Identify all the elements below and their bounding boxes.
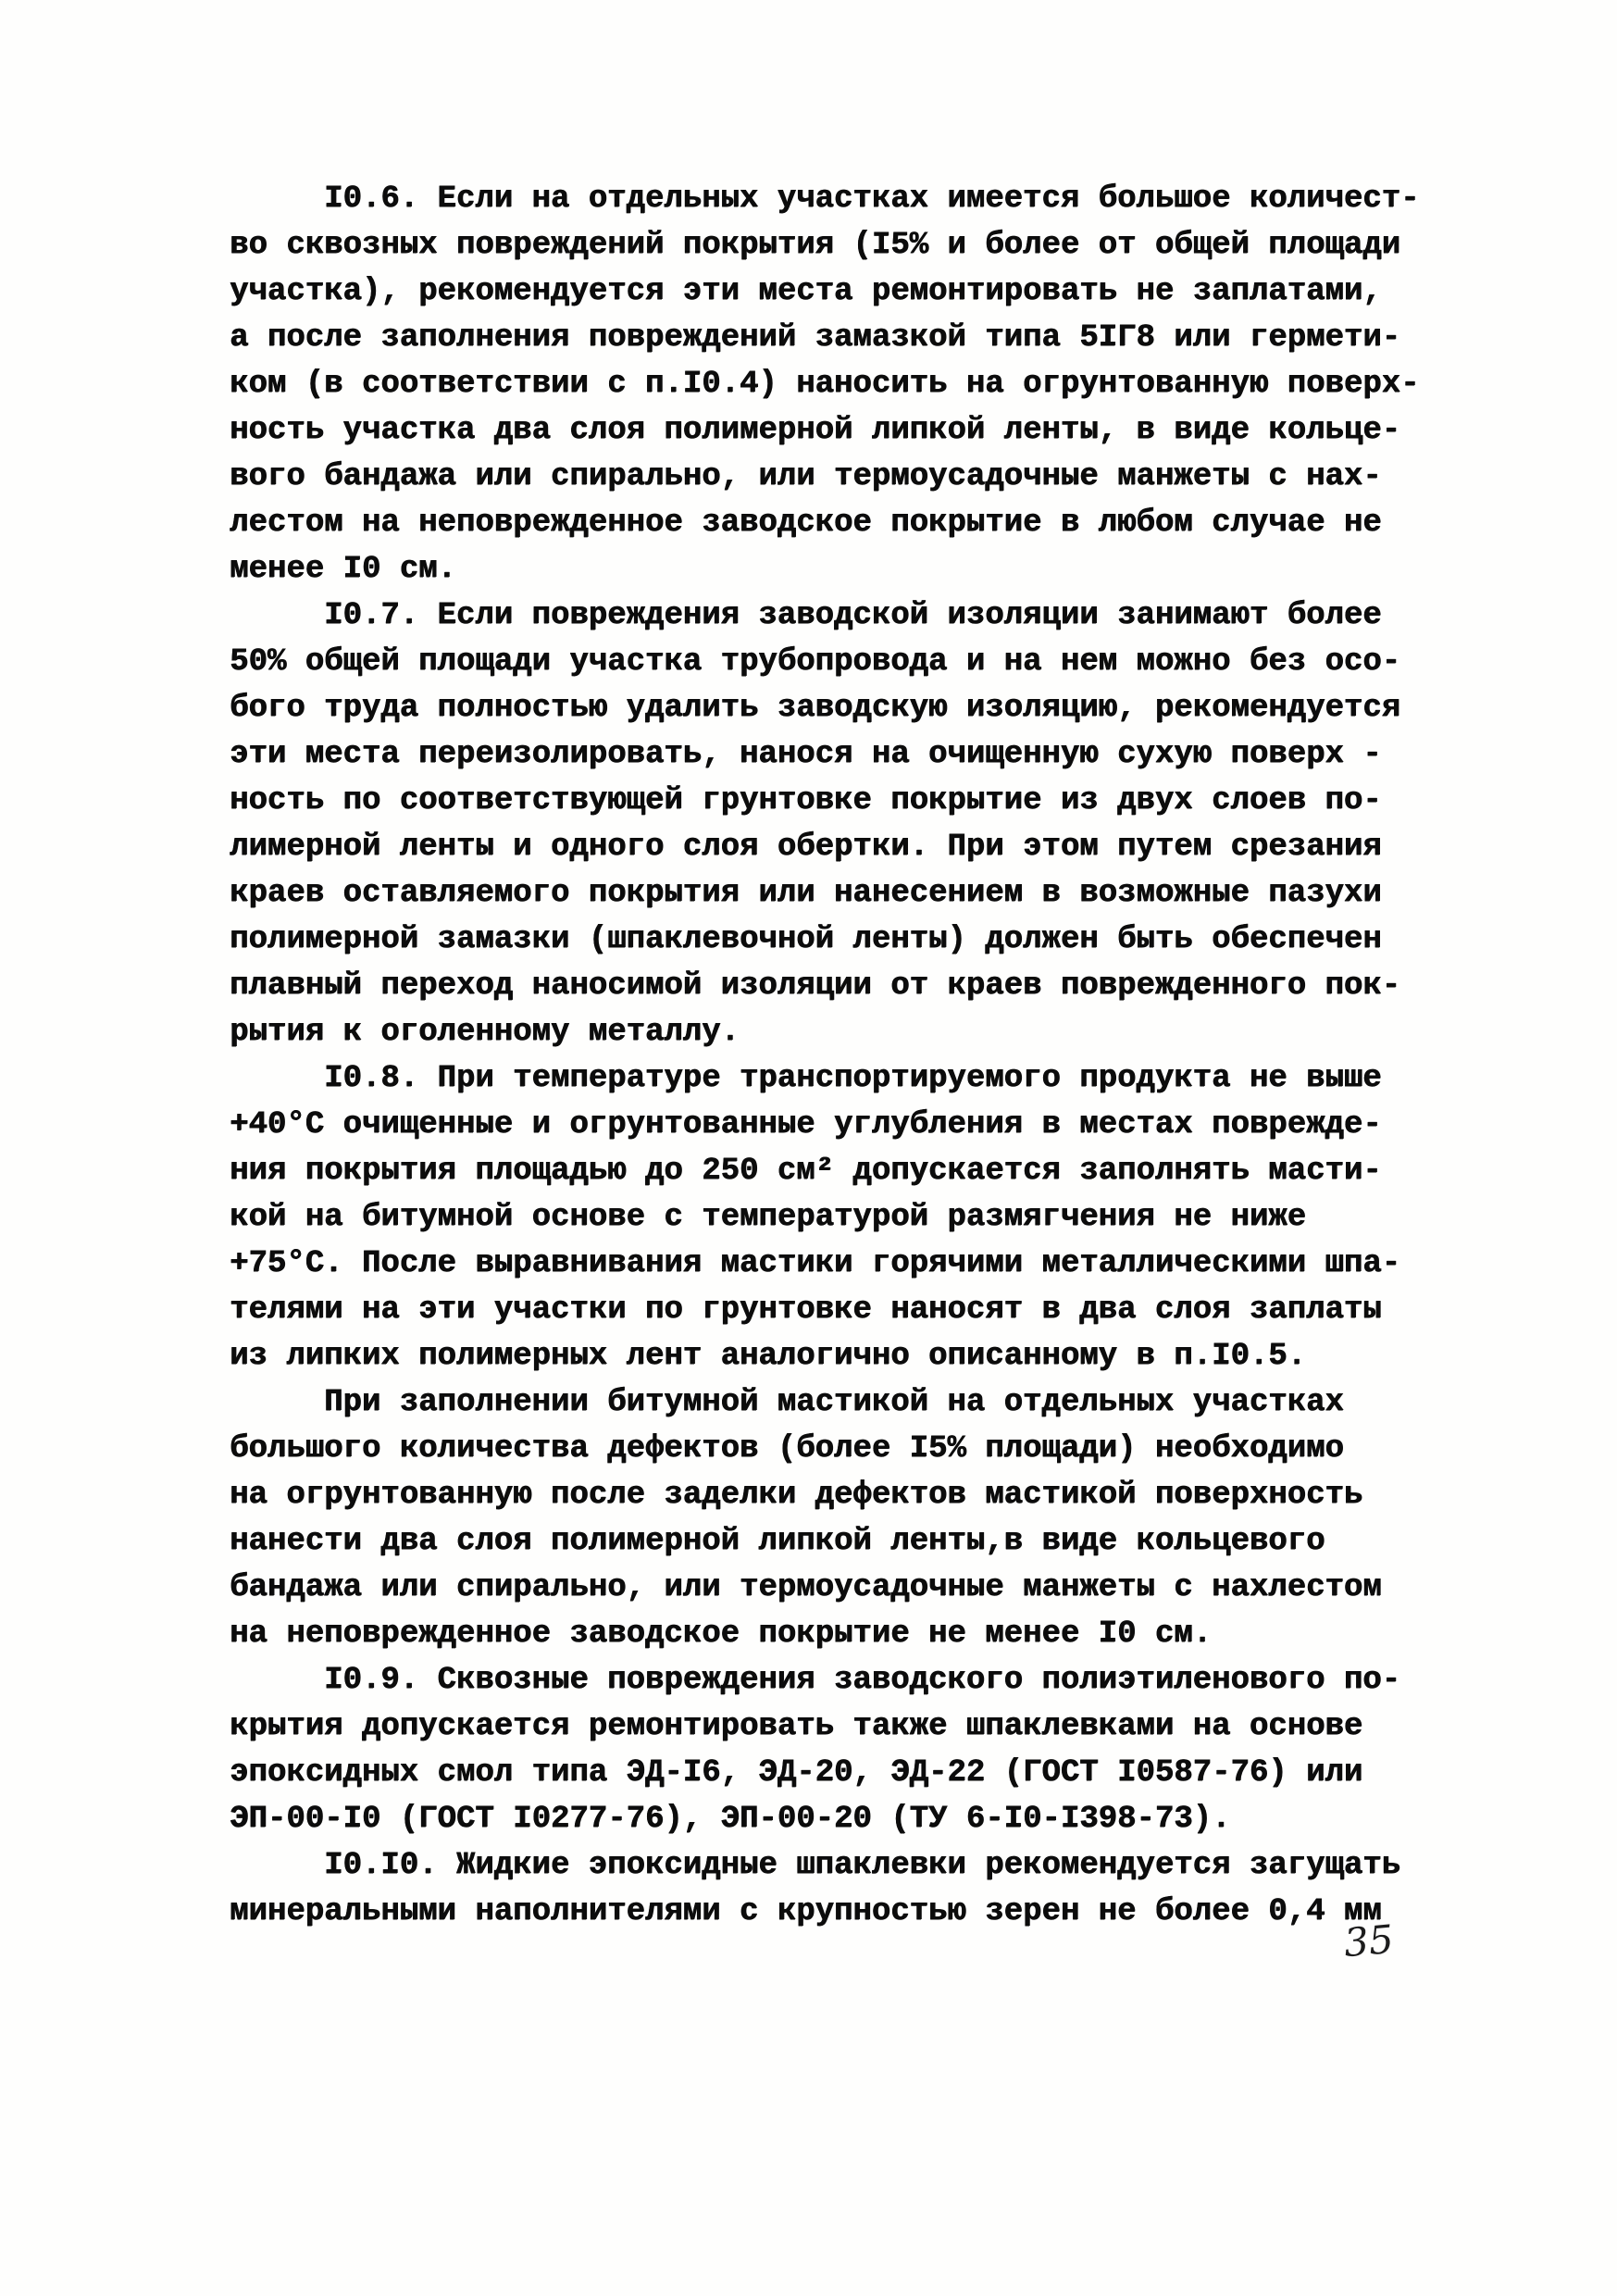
- text-line: ком (в соответствии с п.I0.4) наносить н…: [230, 361, 1470, 407]
- text-line: +40°С очищенные и огрунтованные углублен…: [230, 1102, 1470, 1148]
- text-line: на огрунтованную после заделки дефектов …: [230, 1472, 1470, 1518]
- text-line: I0.9. Сквозные повреждения заводского по…: [230, 1657, 1470, 1703]
- text-line: бандажа или спирально, или термоусадочны…: [230, 1565, 1470, 1611]
- text-line: на неповрежденное заводское покрытие не …: [230, 1611, 1470, 1657]
- text-line: бого труда полностью удалить заводскую и…: [230, 685, 1470, 731]
- page-number: 35: [1342, 1916, 1396, 1965]
- text-line: из липких полимерных лент аналогично опи…: [230, 1333, 1470, 1379]
- text-line: участка), рекомендуется эти места ремонт…: [230, 268, 1470, 315]
- text-line: нанести два слоя полимерной липкой ленты…: [230, 1518, 1470, 1565]
- text-line: кой на битумной основе с температурой ра…: [230, 1194, 1470, 1241]
- text-line: плавный переход наносимой изоляции от кр…: [230, 963, 1470, 1009]
- text-line: +75°С. После выравнивания мастики горячи…: [230, 1241, 1470, 1287]
- text-line: минеральными наполнителями с крупностью …: [230, 1889, 1470, 1935]
- text-line: I0.7. Если повреждения заводской изоляци…: [230, 593, 1470, 639]
- text-line: полимерной замазки (шпаклевочной ленты) …: [230, 917, 1470, 963]
- text-line: лимерной ленты и одного слоя обертки. Пр…: [230, 824, 1470, 870]
- text-line: телями на эти участки по грунтовке нанос…: [230, 1287, 1470, 1333]
- text-line: лестом на неповрежденное заводское покры…: [230, 500, 1470, 546]
- text-line: вого бандажа или спирально, или термоуса…: [230, 454, 1470, 500]
- text-line: краев оставляемого покрытия или нанесени…: [230, 870, 1470, 917]
- text-line: ЭП-00-I0 (ГОСТ I0277-76), ЭП-00-20 (ТУ 6…: [230, 1796, 1470, 1842]
- text-line: 50% общей площади участка трубопровода и…: [230, 639, 1470, 685]
- text-line: эпоксидных смол типа ЭД-I6, ЭД-20, ЭД-22…: [230, 1750, 1470, 1796]
- text-line: ность по соответствующей грунтовке покры…: [230, 778, 1470, 824]
- text-line: ность участка два слоя полимерной липкой…: [230, 407, 1470, 454]
- text-line: I0.I0. Жидкие эпоксидные шпаклевки реком…: [230, 1842, 1470, 1889]
- text-line: I0.6. Если на отдельных участках имеется…: [230, 176, 1470, 222]
- text-line: большого количества дефектов (более I5% …: [230, 1426, 1470, 1472]
- text-line: I0.8. При температуре транспортируемого …: [230, 1055, 1470, 1102]
- text-line: эти места переизолировать, нанося на очи…: [230, 731, 1470, 778]
- text-line: При заполнении битумной мастикой на отде…: [230, 1379, 1470, 1426]
- text-line: а после заполнения повреждений замазкой …: [230, 315, 1470, 361]
- text-line: во сквозных повреждений покрытия (I5% и …: [230, 222, 1470, 268]
- text-line: менее I0 см.: [230, 546, 1470, 593]
- scanned-document-page: I0.6. Если на отдельных участках имеется…: [0, 0, 1617, 2296]
- text-line: крытия допускается ремонтировать также ш…: [230, 1703, 1470, 1750]
- document-text-block: I0.6. Если на отдельных участках имеется…: [230, 176, 1470, 1935]
- text-line: рытия к оголенному металлу.: [230, 1009, 1470, 1055]
- text-line: ния покрытия площадью до 250 см² допуска…: [230, 1148, 1470, 1194]
